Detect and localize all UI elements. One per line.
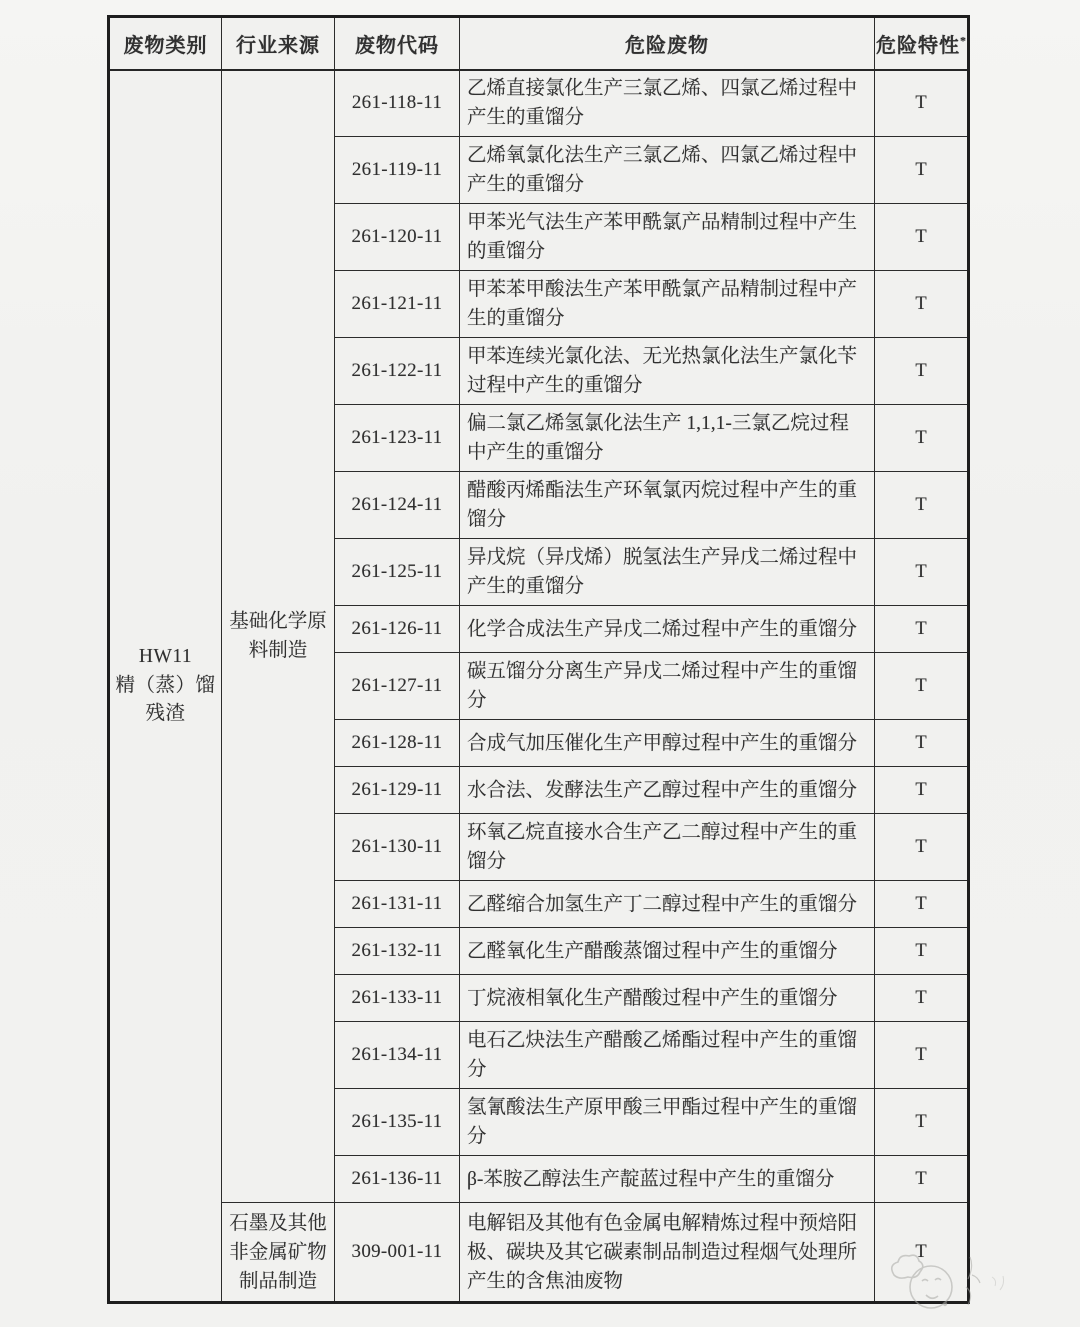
hazard-property-cell: T — [875, 720, 969, 767]
hazard-property-cell: T — [875, 70, 969, 137]
waste-code-cell: 261-128-11 — [335, 720, 460, 767]
header-waste-code: 废物代码 — [335, 17, 460, 70]
waste-code-cell: 261-126-11 — [335, 606, 460, 653]
waste-description-cell: 化学合成法生产异戊二烯过程中产生的重馏分 — [460, 606, 875, 653]
waste-category-line: 精（蒸）馏 — [112, 672, 219, 701]
hazard-property-cell: T — [875, 767, 969, 814]
hazard-property-cell: T — [875, 137, 969, 204]
waste-description-cell: 水合法、发酵法生产乙醇过程中产生的重馏分 — [460, 767, 875, 814]
hazard-property-cell: T — [875, 975, 969, 1022]
header-hazard-property-label: 危险特性 — [876, 35, 960, 57]
header-hazardous-waste: 危险废物 — [460, 17, 875, 70]
header-hazard-property: 危险特性* — [875, 17, 969, 70]
waste-code-cell: 261-129-11 — [335, 767, 460, 814]
waste-code-cell: 261-120-11 — [335, 204, 460, 271]
waste-code-cell: 309-001-11 — [335, 1203, 460, 1303]
waste-code-cell: 261-130-11 — [335, 814, 460, 881]
waste-category-line: 残渣 — [112, 700, 219, 729]
hazardous-waste-table: 废物类别 行业来源 废物代码 危险废物 危险特性* HW11精（蒸）馏残渣基础化… — [107, 15, 970, 1304]
waste-description-cell: 偏二氯乙烯氢氯化法生产 1,1,1-三氯乙烷过程中产生的重馏分 — [460, 405, 875, 472]
waste-category-line: HW11 — [112, 643, 219, 672]
header-waste-category: 废物类别 — [109, 17, 222, 70]
waste-category-cell: HW11精（蒸）馏残渣 — [109, 70, 222, 1303]
hazard-property-cell: T — [875, 1203, 969, 1303]
hazard-property-cell: T — [875, 405, 969, 472]
waste-code-cell: 261-127-11 — [335, 653, 460, 720]
waste-description-cell: 合成气加压催化生产甲醇过程中产生的重馏分 — [460, 720, 875, 767]
table-row: HW11精（蒸）馏残渣基础化学原料制造261-118-11乙烯直接氯化生产三氯乙… — [109, 70, 969, 137]
hazard-property-cell: T — [875, 539, 969, 606]
hazard-property-cell: T — [875, 472, 969, 539]
industry-source-cell: 石墨及其他非金属矿物制品制造 — [222, 1203, 335, 1303]
hazard-property-cell: T — [875, 928, 969, 975]
hazard-property-cell: T — [875, 1156, 969, 1203]
waste-code-cell: 261-136-11 — [335, 1156, 460, 1203]
waste-description-cell: 碳五馏分分离生产异戊二烯过程中产生的重馏分 — [460, 653, 875, 720]
waste-code-cell: 261-123-11 — [335, 405, 460, 472]
header-footnote-mark: * — [960, 33, 966, 47]
header-row: 废物类别 行业来源 废物代码 危险废物 危险特性* — [109, 17, 969, 70]
waste-code-cell: 261-124-11 — [335, 472, 460, 539]
waste-description-cell: 电石乙炔法生产醋酸乙烯酯过程中产生的重馏分 — [460, 1022, 875, 1089]
waste-code-cell: 261-125-11 — [335, 539, 460, 606]
waste-description-cell: 甲苯光气法生产苯甲酰氯产品精制过程中产生的重馏分 — [460, 204, 875, 271]
waste-description-cell: 环氧乙烷直接水合生产乙二醇过程中产生的重馏分 — [460, 814, 875, 881]
hazard-property-cell: T — [875, 606, 969, 653]
waste-description-cell: 乙烯氧氯化法生产三氯乙烯、四氯乙烯过程中产生的重馏分 — [460, 137, 875, 204]
waste-description-cell: 醋酸丙烯酯法生产环氧氯丙烷过程中产生的重馏分 — [460, 472, 875, 539]
document-page: 废物类别 行业来源 废物代码 危险废物 危险特性* HW11精（蒸）馏残渣基础化… — [0, 0, 1080, 1327]
hazard-property-cell: T — [875, 653, 969, 720]
waste-description-cell: 乙醛缩合加氢生产丁二醇过程中产生的重馏分 — [460, 881, 875, 928]
waste-code-cell: 261-122-11 — [335, 338, 460, 405]
hazard-property-cell: T — [875, 881, 969, 928]
hazard-property-cell: T — [875, 814, 969, 881]
header-industry-source: 行业来源 — [222, 17, 335, 70]
waste-code-cell: 261-119-11 — [335, 137, 460, 204]
waste-description-cell: 电解铝及其他有色金属电解精炼过程中预焙阳极、碳块及其它碳素制品制造过程烟气处理所… — [460, 1203, 875, 1303]
waste-code-cell: 261-133-11 — [335, 975, 460, 1022]
waste-description-cell: 乙醛氧化生产醋酸蒸馏过程中产生的重馏分 — [460, 928, 875, 975]
hazard-property-cell: T — [875, 271, 969, 338]
waste-description-cell: β-苯胺乙醇法生产靛蓝过程中产生的重馏分 — [460, 1156, 875, 1203]
waste-description-cell: 甲苯连续光氯化法、无光热氯化法生产氯化苄过程中产生的重馏分 — [460, 338, 875, 405]
hazard-property-cell: T — [875, 204, 969, 271]
waste-description-cell: 甲苯苯甲酸法生产苯甲酰氯产品精制过程中产生的重馏分 — [460, 271, 875, 338]
waste-description-cell: 丁烷液相氧化生产醋酸过程中产生的重馏分 — [460, 975, 875, 1022]
waste-code-cell: 261-121-11 — [335, 271, 460, 338]
waste-code-cell: 261-134-11 — [335, 1022, 460, 1089]
industry-source-cell: 基础化学原料制造 — [222, 70, 335, 1203]
table-row: 石墨及其他非金属矿物制品制造309-001-11电解铝及其他有色金属电解精炼过程… — [109, 1203, 969, 1303]
waste-code-cell: 261-131-11 — [335, 881, 460, 928]
waste-description-cell: 乙烯直接氯化生产三氯乙烯、四氯乙烯过程中产生的重馏分 — [460, 70, 875, 137]
hazard-property-cell: T — [875, 338, 969, 405]
hazard-property-cell: T — [875, 1089, 969, 1156]
waste-description-cell: 氢氰酸法生产原甲酸三甲酯过程中产生的重馏分 — [460, 1089, 875, 1156]
hazard-property-cell: T — [875, 1022, 969, 1089]
waste-description-cell: 异戊烷（异戊烯）脱氢法生产异戊二烯过程中产生的重馏分 — [460, 539, 875, 606]
waste-code-cell: 261-135-11 — [335, 1089, 460, 1156]
waste-code-cell: 261-118-11 — [335, 70, 460, 137]
waste-code-cell: 261-132-11 — [335, 928, 460, 975]
